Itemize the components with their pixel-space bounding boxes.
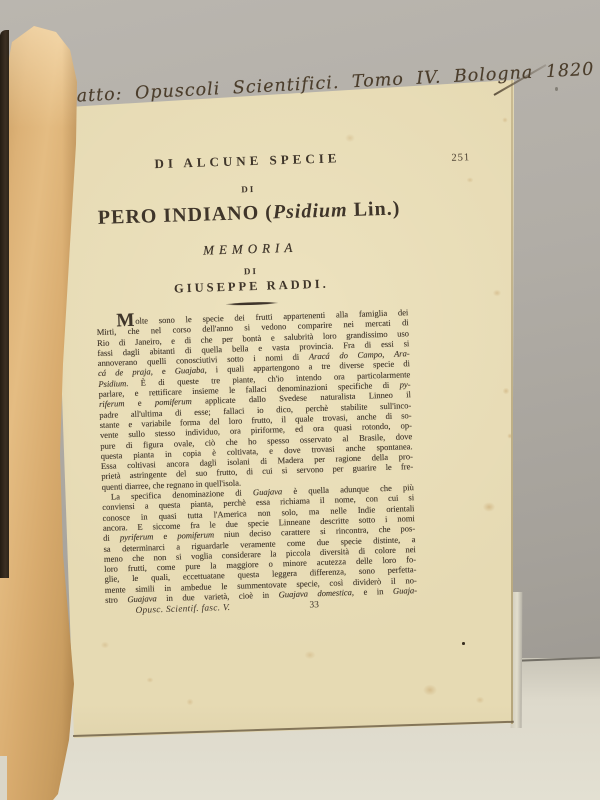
title-line-2: DI — [92, 180, 404, 199]
wall-speck — [555, 87, 558, 91]
footer-signature-number: 33 — [309, 601, 319, 611]
body-text: Molte sono le specie dei frutti apparten… — [96, 307, 417, 605]
page-number: 251 — [451, 152, 470, 164]
title-line-3: PERO INDIANO (Psidium Lin.) — [93, 196, 406, 230]
footer-imprint: Opusc. Scientif. fasc. V. — [135, 603, 230, 616]
book-spine-edge — [0, 30, 9, 578]
page-right-edge — [511, 80, 513, 724]
page-content: Estratto: Opuscoli Scientifici. Tomo IV.… — [89, 73, 418, 620]
ink-speck — [462, 642, 465, 645]
decorative-rule — [226, 301, 278, 305]
photo-of-open-book: Estratto: Opuscoli Scientifici. Tomo IV.… — [0, 0, 600, 800]
title-line-1: DI ALCUNE SPECIE — [91, 149, 403, 173]
title-memoria: MEMORIA — [94, 237, 406, 261]
drop-cap: M — [116, 316, 134, 327]
table-corner-sliver — [0, 756, 7, 800]
